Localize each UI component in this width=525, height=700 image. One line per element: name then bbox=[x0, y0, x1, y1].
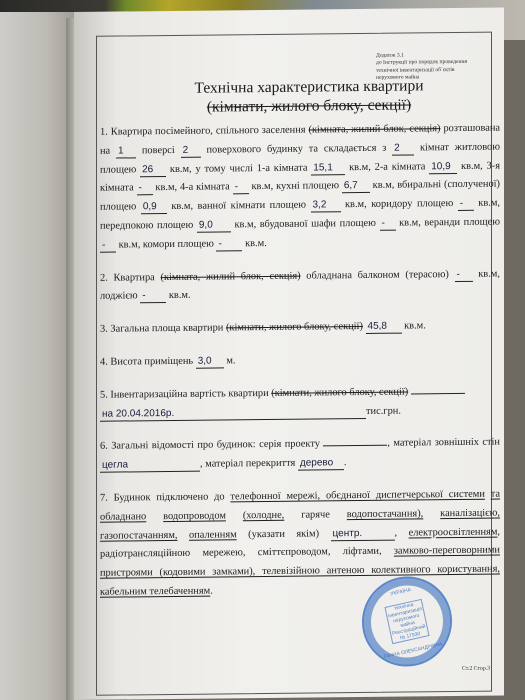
utility: газопостачанням, bbox=[100, 529, 178, 541]
room4-value: - bbox=[233, 182, 249, 195]
text: м. bbox=[224, 355, 236, 366]
heating-value: центр. bbox=[331, 527, 395, 541]
text: кв.м. bbox=[402, 320, 426, 331]
total-area-value: 45,8 bbox=[366, 321, 402, 334]
text: кв.м, комори площею bbox=[116, 238, 216, 250]
text: обладнана балконом (терасою) bbox=[301, 269, 455, 282]
text: , матеріал зовнішніх стін bbox=[387, 437, 500, 449]
height-value: 3,0 bbox=[196, 355, 224, 368]
loggia-value: - bbox=[140, 290, 166, 303]
utility: (холодне, bbox=[243, 510, 284, 521]
kitchen-value: 6,7 bbox=[342, 180, 370, 193]
struck-text: (кімната, жилий блок, секція) bbox=[161, 270, 301, 282]
text: 3. Загальна площа квартири bbox=[100, 323, 226, 335]
page-number: Ст.2 Стор.3 bbox=[462, 666, 490, 672]
text: 5. Інвентаризаційна вартість квартири bbox=[100, 388, 271, 401]
text: 2. Квартира bbox=[100, 272, 161, 284]
pantry-value: - bbox=[216, 238, 242, 251]
struck-text: (кімната, жилий блок, секція) bbox=[309, 123, 441, 135]
text: кв.м. bbox=[242, 238, 266, 249]
text: кв.м, 2-а кімната bbox=[345, 161, 429, 173]
utility: водопостачання), bbox=[347, 508, 424, 520]
utility: електроосвітленням bbox=[409, 526, 498, 538]
corridor-value: - bbox=[458, 198, 474, 211]
closet-value: - bbox=[380, 218, 396, 231]
text: кв.м, у тому числі 1-а кімната bbox=[166, 162, 311, 175]
utility: каналізацією, bbox=[440, 507, 500, 519]
rooms-value: 2 bbox=[392, 142, 414, 155]
balcony-value: - bbox=[455, 268, 473, 281]
room2-value: 10,9 bbox=[429, 161, 457, 174]
blank-line bbox=[411, 393, 465, 395]
text: кв.м, вбудованої шафи площею bbox=[231, 218, 380, 231]
section-5: 5. Інвентаризаційна вартість квартири (к… bbox=[100, 382, 500, 424]
utility: водопроводом bbox=[163, 510, 226, 522]
veranda-value: - bbox=[100, 239, 116, 252]
text: поверсі bbox=[136, 145, 181, 156]
text: кв.м, коридору площею bbox=[341, 198, 458, 210]
document-title: Технічна характеристика квартири (кімнат… bbox=[94, 75, 524, 118]
text: кв.м, ванної кімнати площею bbox=[167, 200, 311, 213]
stamp-center: технічна інвентаризація нерухомого майна… bbox=[384, 599, 429, 644]
utility: та bbox=[491, 488, 500, 499]
living-area-value: 26 bbox=[140, 164, 166, 177]
text: кв.м. bbox=[166, 290, 190, 301]
text: поверхового будинку та складається з bbox=[201, 142, 393, 155]
text: (указати якім) bbox=[237, 528, 331, 540]
text: 1. Квартира посімейного, спільного засел… bbox=[100, 125, 309, 138]
text: 4. Висота приміщень bbox=[100, 356, 196, 368]
text: , bbox=[395, 527, 409, 538]
text: , матеріал перекриття bbox=[200, 458, 298, 470]
room1-value: 15,1 bbox=[311, 162, 345, 175]
floors-value: дерево bbox=[298, 457, 344, 470]
series-value bbox=[323, 445, 387, 447]
walls-value: цегла bbox=[100, 459, 200, 473]
text: кв.м, кухні площею bbox=[249, 181, 342, 193]
floor-value: 1 bbox=[116, 145, 136, 158]
section-6: 6. Загальні відомості про будинок: серія… bbox=[100, 434, 500, 476]
utility: обладнано bbox=[100, 511, 146, 522]
text: тис.грн. bbox=[366, 405, 401, 416]
section-1: 1. Квартира посімейного, спільного засел… bbox=[100, 120, 500, 256]
section-2: 2. Квартира (кімната, жилий блок, секція… bbox=[100, 265, 500, 307]
text: кв.м, веранди площею bbox=[396, 217, 501, 229]
text: 6. Загальні відомості про будинок: серія… bbox=[100, 439, 323, 452]
struck-text: (кімнати, жилого блоку, секції) bbox=[226, 321, 363, 333]
struck-text: (кімнати, жилого блоку, секції) bbox=[271, 386, 408, 398]
bathroom-value: 3,2 bbox=[311, 199, 341, 212]
storeys-value: 2 bbox=[181, 144, 201, 157]
utility: опаленням bbox=[189, 529, 237, 540]
text: . bbox=[344, 457, 347, 468]
utility: телефонної мережі, обєднаної диспетчерсь… bbox=[230, 489, 484, 503]
toilet-value: 0,9 bbox=[141, 201, 167, 214]
text: кв.м, 4-а кімната bbox=[153, 182, 233, 194]
text: 7. Будинок підключено до bbox=[100, 491, 230, 503]
room3-value: - bbox=[137, 183, 153, 196]
valuation-value: на 20.04.2016р. bbox=[100, 406, 366, 422]
text: гаряче bbox=[284, 509, 346, 521]
hallway-value: 9,0 bbox=[197, 219, 231, 232]
document-page: Додаток 3.1 до Інструкції про порядок пр… bbox=[74, 7, 504, 700]
text: . bbox=[210, 585, 213, 596]
document-body: 1. Квартира посімейного, спільного засел… bbox=[100, 120, 500, 603]
